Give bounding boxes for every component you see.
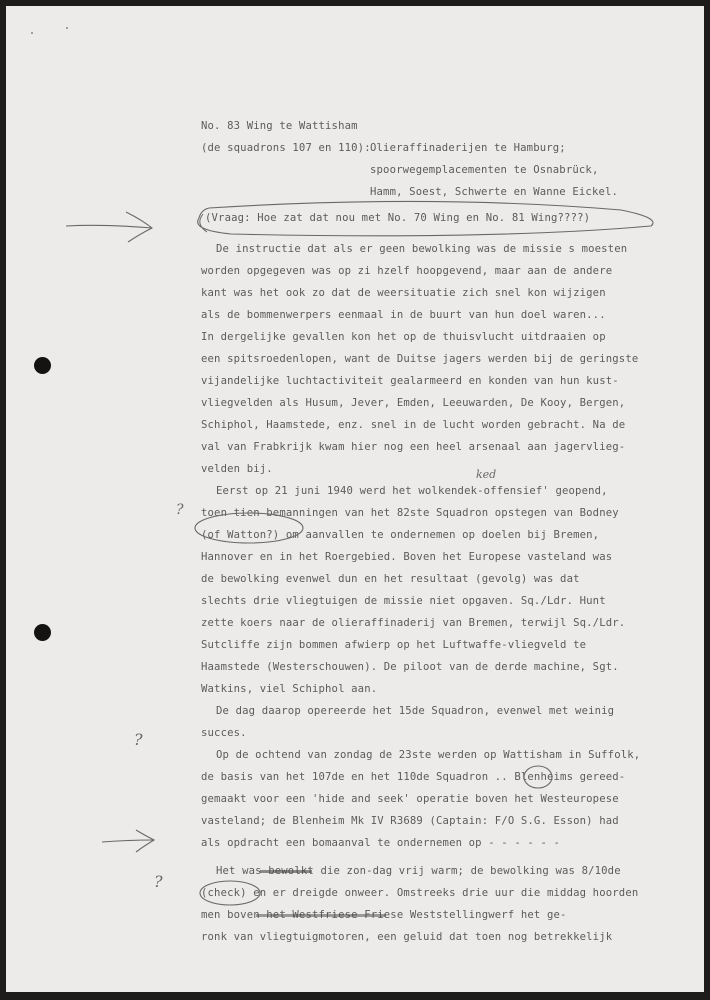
header-line-2-left: (de squadrons 107 en 110):: [201, 141, 371, 155]
text-line: kant was het ook zo dat de weersituatie …: [201, 286, 606, 300]
punch-hole-bottom: [34, 624, 51, 641]
speck: [31, 32, 33, 34]
text-line: succes.: [201, 726, 247, 740]
speck: [66, 27, 68, 29]
text-line: zette koers naar de olieraffinaderij van…: [201, 616, 625, 630]
text-line: vliegvelden als Husum, Jever, Emden, Lee…: [201, 396, 625, 410]
strikethrough-mark: [260, 870, 312, 873]
text-line: de bewolking evenwel dun en het resultaa…: [201, 572, 580, 586]
overtype-mark: [256, 914, 386, 917]
text-line: Schiphol, Haamstede, enz. snel in de luc…: [201, 418, 625, 432]
handwritten-correction: ked: [476, 468, 496, 481]
circled-question-icon: [191, 196, 671, 244]
text-line: Haamstede (Westerschouwen). De piloot va…: [201, 660, 619, 674]
margin-arrow-icon: [100, 828, 160, 854]
text-line: velden bij.: [201, 462, 273, 476]
text-line: slechts drie vliegtuigen de missie niet …: [201, 594, 606, 608]
text-line: Op de ochtend van zondag de 23ste werden…: [216, 748, 640, 762]
text-line: Watkins, viel Schiphol aan.: [201, 682, 377, 696]
margin-arrow-icon: [64, 206, 159, 246]
header-line-2-right: Olieraffinaderijen te Hamburg;: [370, 141, 566, 155]
circled-check-icon: [196, 877, 266, 909]
text-line: (check) en er dreigde onweer. Omstreeks …: [201, 886, 638, 900]
text-line: vijandelijke luchtactiviteit gealarmeerd…: [201, 374, 619, 388]
margin-question-icon: ?: [134, 730, 143, 749]
text-line: als de bommenwerpers eenmaal in de buurt…: [201, 308, 606, 322]
margin-question-icon: ?: [176, 502, 184, 518]
document-page: No. 83 Wing te Wattisham (de squadrons 1…: [6, 6, 704, 992]
circled-watton-icon: [191, 508, 311, 548]
text-line: een spitsroedenlopen, want de Duitse jag…: [201, 352, 638, 366]
header-line-1: No. 83 Wing te Wattisham: [201, 119, 358, 133]
text-line: ronk van vliegtuigmotoren, een geluid da…: [201, 930, 612, 944]
text-line: de basis van het 107de en het 110de Squa…: [201, 770, 625, 784]
margin-question-icon: ?: [154, 872, 163, 891]
text-line: gemaakt voor een 'hide and seek' operati…: [201, 792, 619, 806]
header-line-3: spoorwegemplacementen te Osnabrück,: [370, 163, 598, 177]
text-line: In dergelijke gevallen kon het op de thu…: [201, 330, 606, 344]
text-line: worden opgegeven was op zi hzelf hoopgev…: [201, 264, 612, 278]
text-line: Hannover en in het Roergebied. Boven het…: [201, 550, 612, 564]
text-line: vasteland; de Blenheim Mk IV R3689 (Capt…: [201, 814, 619, 828]
text-line: De dag daarop opereerde het 15de Squadro…: [216, 704, 614, 718]
text-line: De instructie dat als er geen bewolking …: [216, 242, 627, 256]
text-line: als opdracht een bomaanval te ondernemen…: [201, 836, 560, 850]
text-line: Sutcliffe zijn bommen afwierp op het Luf…: [201, 638, 586, 652]
text-line: Eerst op 21 juni 1940 werd het wolkendek…: [216, 484, 608, 498]
text-line: val van Frabkrijk kwam hier nog een heel…: [201, 440, 625, 454]
circled-dots-icon: [518, 762, 558, 792]
punch-hole-top: [34, 357, 51, 374]
